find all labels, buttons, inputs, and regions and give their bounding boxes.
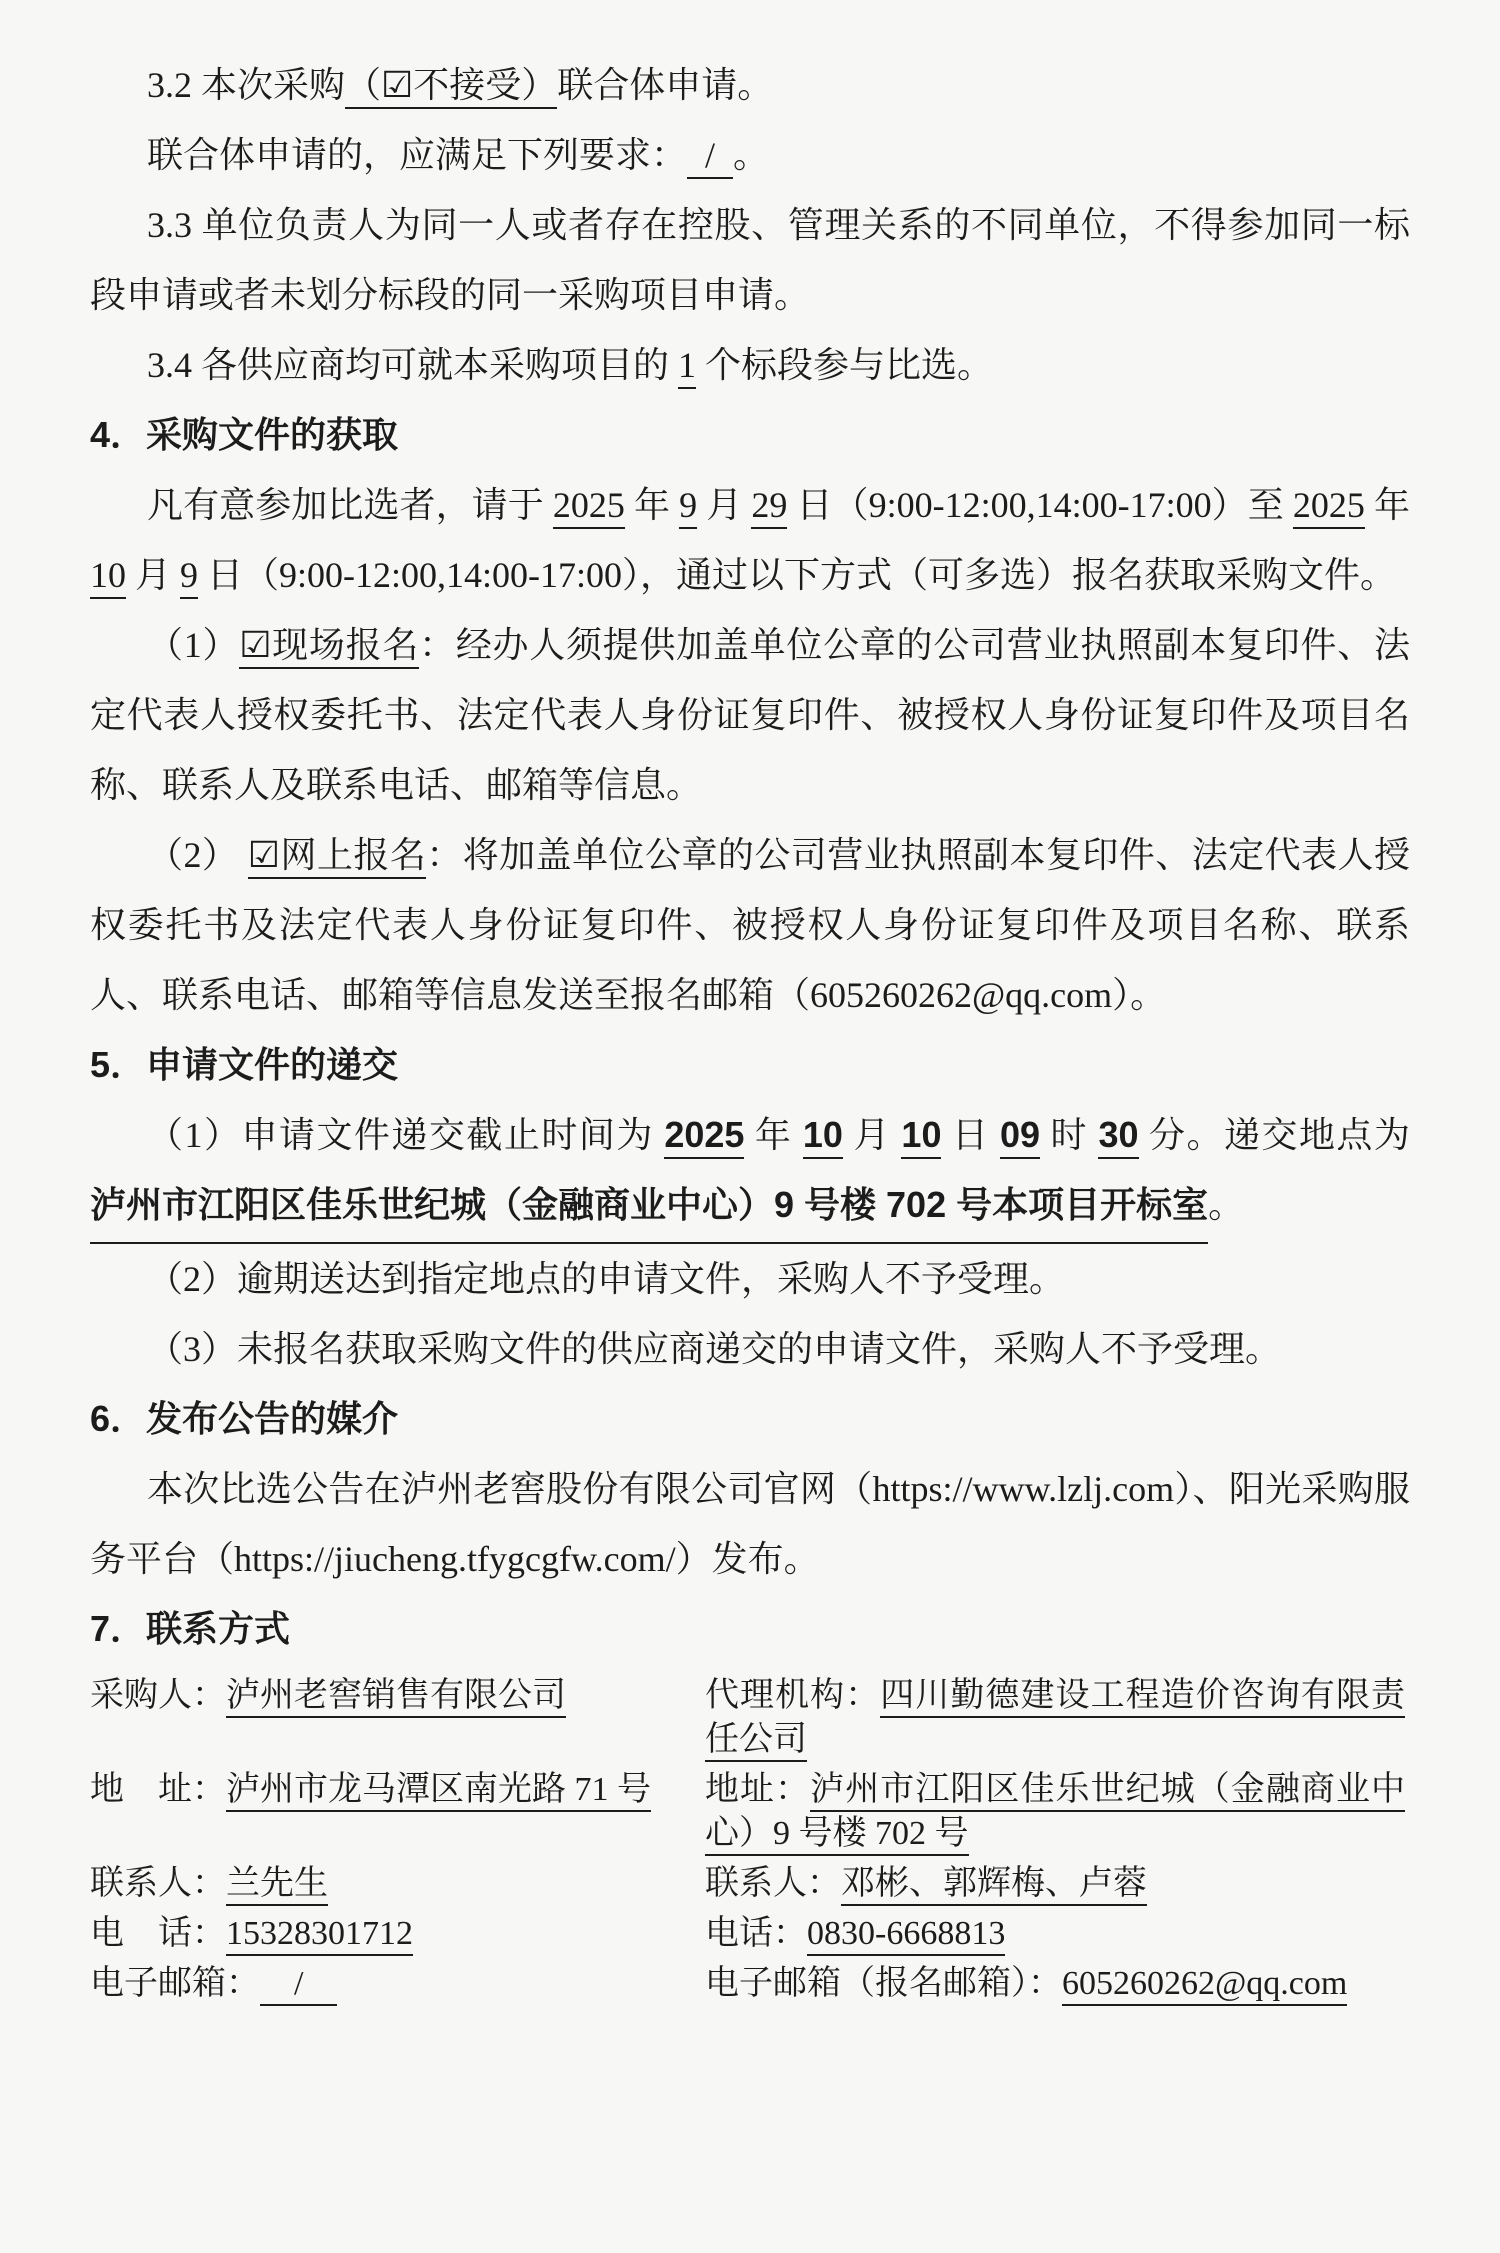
para-5-late-submission: （2）逾期送达到指定地点的申请文件，采购人不予受理。 [90,1244,1410,1314]
para-joint-bid-requirement: 联合体申请的，应满足下列要求： / 。 [90,120,1410,190]
text-segment: （2） [147,835,248,875]
text-segment: 2025 [553,485,625,529]
text-segment: 年 [1365,485,1410,525]
text-segment: 29 [751,485,787,529]
text-segment: 9 [180,555,198,599]
text-segment: 泸州市江阳区佳乐世纪城（金融商业中心）9 号楼 702 号本项目开标室 [90,1170,1208,1244]
agency-contact-value: 邓彬、郭辉梅、卢蓉 [841,1865,1147,1906]
text-segment: （3）未报名获取采购文件的供应商递交的申请文件，采购人不予受理。 [147,1329,1281,1369]
text-segment: 时 [1040,1115,1098,1155]
heading-section-7-contact-info: 7．联系方式 [90,1594,1410,1664]
purchaser-contact-value: 兰先生 [226,1865,328,1906]
text-segment: ☑网上报名 [248,835,427,879]
purchaser-value: 泸州老窖销售有限公司 [226,1677,566,1718]
para-5-unregistered-submission: （3）未报名获取采购文件的供应商递交的申请文件，采购人不予受理。 [90,1314,1410,1384]
agency-phone-cell: 电话：0830-6668813 [705,1912,1405,1956]
text-segment: 。 [733,135,769,175]
text-segment: 2025 [664,1114,744,1159]
purchaser-phone-label: 电 话： [90,1915,226,1952]
contact-row-phone: 电 话：15328301712 电话：0830-6668813 [90,1912,1410,1956]
purchaser-email-blank: / [260,1965,337,2006]
text-segment: 年 [625,485,679,525]
text-segment: 10 [90,555,126,599]
agency-email-value: 605260262@qq.com [1062,1965,1347,2006]
contact-row-email: 电子邮箱： / 电子邮箱（报名邮箱）：605260262@qq.com [90,1962,1410,2006]
text-segment: 3.3 单位负责人为同一人或者存在控股、管理关系的不同单位，不得参加同一标段申请… [90,205,1410,315]
para-3-3-same-principal-rule: 3.3 单位负责人为同一人或者存在控股、管理关系的不同单位，不得参加同一标段申请… [90,190,1410,330]
agency-phone-value: 0830-6668813 [807,1915,1005,1956]
text-segment: 日（9:00-12:00,14:00-17:00），通过以下方式（可多选）报名获… [198,555,1396,595]
contact-row-person: 联系人：兰先生 联系人：邓彬、郭辉梅、卢蓉 [90,1862,1410,1906]
para-4-registration-period: 凡有意参加比选者，请于 2025 年 9 月 29 日（9:00-12:00,1… [90,470,1410,610]
heading-section-5-submission: 5．申请文件的递交 [90,1030,1410,1100]
agency-contact-label: 联系人： [705,1865,841,1902]
purchaser-contact-label: 联系人： [90,1865,226,1902]
purchaser-label: 采购人： [90,1677,226,1714]
text-segment: （1） [147,625,239,665]
text-segment: 09 [1000,1114,1040,1159]
agency-phone-label: 电话： [705,1915,807,1952]
text-segment: （☑不接受） [345,65,557,109]
para-4-onsite-registration: （1）☑现场报名：经办人须提供加盖单位公章的公司营业执照副本复印件、法定代表人授… [90,610,1410,820]
para-3-2-joint-bid-acceptance: 3.2 本次采购（☑不接受）联合体申请。 [90,50,1410,120]
agency-label: 代理机构： [705,1677,880,1714]
text-segment: / [687,135,733,179]
text-segment: ☑现场报名 [239,625,419,669]
text-segment: 个标段参与比选。 [696,345,993,385]
text-segment: 10 [901,1114,941,1159]
agency-name-cell: 代理机构：四川勤德建设工程造价咨询有限责任公司 [705,1674,1405,1762]
contact-table: 采购人：泸州老窖销售有限公司 代理机构：四川勤德建设工程造价咨询有限责任公司 地… [90,1674,1410,2006]
para-5-deadline-and-location: （1）申请文件递交截止时间为 2025 年 10 月 10 日 09 时 30 … [90,1100,1410,1244]
text-segment: 9 [679,485,697,529]
agency-address-label: 地址： [705,1771,810,1808]
agency-contact-cell: 联系人：邓彬、郭辉梅、卢蓉 [705,1862,1405,1906]
text-segment: 月 [126,555,180,595]
purchaser-contact-cell: 联系人：兰先生 [90,1862,705,1906]
text-segment: 年 [744,1115,802,1155]
text-segment: 2025 [1293,485,1365,529]
agency-address-cell: 地址：泸州市江阳区佳乐世纪城（金融商业中心）9 号楼 702 号 [705,1768,1405,1856]
text-segment: 月 [697,485,751,525]
purchaser-email-cell: 电子邮箱： / [90,1962,705,2006]
text-segment: 联合体申请的，应满足下列要求： [147,135,687,175]
text-segment: 分。递交地点为 [1139,1115,1410,1155]
text-segment: 。 [1208,1185,1244,1225]
text-segment: 1 [678,345,696,389]
purchaser-phone-value: 15328301712 [226,1915,413,1956]
text-segment: 凡有意参加比选者，请于 [147,485,553,525]
text-segment: 30 [1098,1114,1138,1159]
purchaser-address-value: 泸州市龙马潭区南光路 71 号 [226,1771,651,1812]
text-segment: （1）申请文件递交截止时间为 [147,1115,664,1155]
agency-email-cell: 电子邮箱（报名邮箱）：605260262@qq.com [705,1962,1405,2006]
purchaser-address-label: 地 址： [90,1771,226,1808]
document-page: 3.2 本次采购（☑不接受）联合体申请。 联合体申请的，应满足下列要求： / 。… [0,0,1500,2253]
text-segment: 3.2 本次采购 [147,65,345,105]
text-segment: 日 [941,1115,999,1155]
text-segment: 月 [843,1115,901,1155]
para-3-4-lot-participation: 3.4 各供应商均可就本采购项目的 1 个标段参与比选。 [90,330,1410,400]
text-segment: 3.4 各供应商均可就本采购项目的 [147,345,678,385]
heading-section-4-document-acquisition: 4．采购文件的获取 [90,400,1410,470]
para-4-online-registration: （2） ☑网上报名：将加盖单位公章的公司营业执照副本复印件、法定代表人授权委托书… [90,820,1410,1030]
agency-address-value: 泸州市江阳区佳乐世纪城（金融商业中心）9 号楼 702 号 [705,1771,1405,1856]
purchaser-email-label: 电子邮箱： [90,1965,260,2002]
text-segment: 10 [803,1114,843,1159]
text-segment: （2）逾期送达到指定地点的申请文件，采购人不予受理。 [147,1259,1065,1299]
text-segment: 本次比选公告在泸州老窖股份有限公司官网（https://www.lzlj.com… [90,1469,1410,1579]
purchaser-phone-cell: 电 话：15328301712 [90,1912,705,1956]
text-segment: 联合体申请。 [557,65,773,105]
contact-row-address: 地 址：泸州市龙马潭区南光路 71 号 地址：泸州市江阳区佳乐世纪城（金融商业中… [90,1768,1410,1856]
purchaser-name-cell: 采购人：泸州老窖销售有限公司 [90,1674,705,1718]
agency-email-label: 电子邮箱（报名邮箱）： [705,1965,1062,2002]
text-segment: 日（9:00-12:00,14:00-17:00）至 [787,485,1293,525]
purchaser-address-cell: 地 址：泸州市龙马潭区南光路 71 号 [90,1768,705,1812]
heading-section-6-announcement-media: 6．发布公告的媒介 [90,1384,1410,1454]
para-6-publishing-websites: 本次比选公告在泸州老窖股份有限公司官网（https://www.lzlj.com… [90,1454,1410,1594]
contact-row-organization: 采购人：泸州老窖销售有限公司 代理机构：四川勤德建设工程造价咨询有限责任公司 [90,1674,1410,1762]
